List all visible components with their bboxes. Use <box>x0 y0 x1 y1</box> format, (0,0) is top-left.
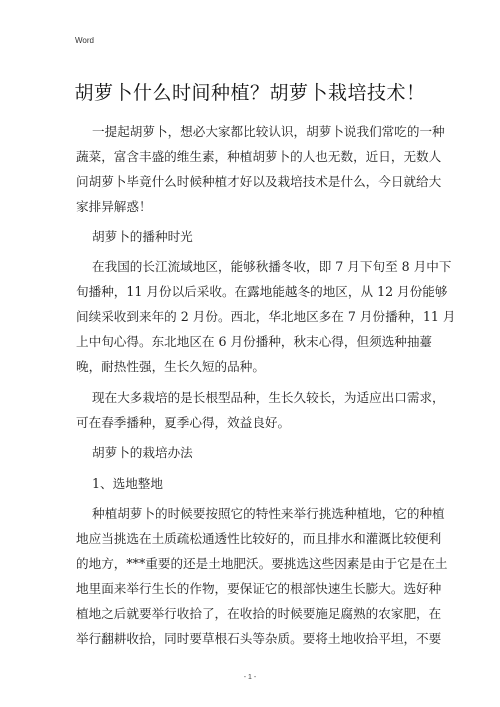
text-line: 地应当挑选在土质疏松通透性比较好的，而且排水和灌溉比较便利 <box>76 531 426 547</box>
text-line: 蔬菜，富含丰盛的维生素，种植胡萝卜的人也无数，近日，无数人 <box>76 149 426 165</box>
text-line: 在我国的长江流域地区，能够秋播冬收，即 7 月下旬至 8 月中下 <box>92 259 426 275</box>
text-line: 现在大多栽培的是长根型品种，生长久较长，为适应出口需求， <box>92 390 426 406</box>
text-line: 举行翻耕收拾，同时要草根石头等杂质。要将土地收拾平坦，不要 <box>76 631 426 647</box>
text-line: 一提起胡萝卜，想必大家都比较认识，胡萝卜说我们常吃的一种 <box>92 124 426 140</box>
text-line: 间续采收到来年的 2 月份。西北，华北地区多在 7 月份播种，11 月 <box>76 309 426 325</box>
text-line: 种植胡萝卜的时候要按照它的特性来举行挑选种植地，它的种植 <box>92 506 426 522</box>
text-line: 1、选地整地 <box>92 476 426 492</box>
text-line: 的地方，***重要的还是土地肥沃。要挑选这些因素是由于它是在土 <box>76 556 426 572</box>
text-line: 家排异解惑！ <box>76 199 426 215</box>
text-line: 晚，耐热性强，生长久短的品种。 <box>76 359 426 375</box>
header-app-label: Word <box>75 36 94 45</box>
text-line: 胡萝卜的栽培办法 <box>92 445 426 461</box>
page-title: 胡萝卜什么时间种植？胡萝卜栽培技术！ <box>0 78 500 105</box>
text-line: 植地之后就要举行收拾了，在收拾的时候要施足腐熟的农家肥，在 <box>76 606 426 622</box>
text-line: 可在春季播种，夏季心得，效益良好。 <box>76 415 426 431</box>
text-line: 胡萝卜的播种时光 <box>92 229 426 245</box>
text-line: 地里面来举行生长的作物，要保证它的根部快速生长膨大。选好种 <box>76 581 426 597</box>
text-line: 问胡萝卜毕竟什么时候种植才好以及栽培技术是什么，今日就给大 <box>76 174 426 190</box>
page-number: - 1 - <box>0 674 500 681</box>
text-line: 上中旬心得。东北地区在 6 月份播种，秋末心得，但须选种抽薹 <box>76 334 426 350</box>
text-line: 旬播种，11 月份以后采收。在露地能越冬的地区，从 12 月份能够 <box>76 284 426 300</box>
